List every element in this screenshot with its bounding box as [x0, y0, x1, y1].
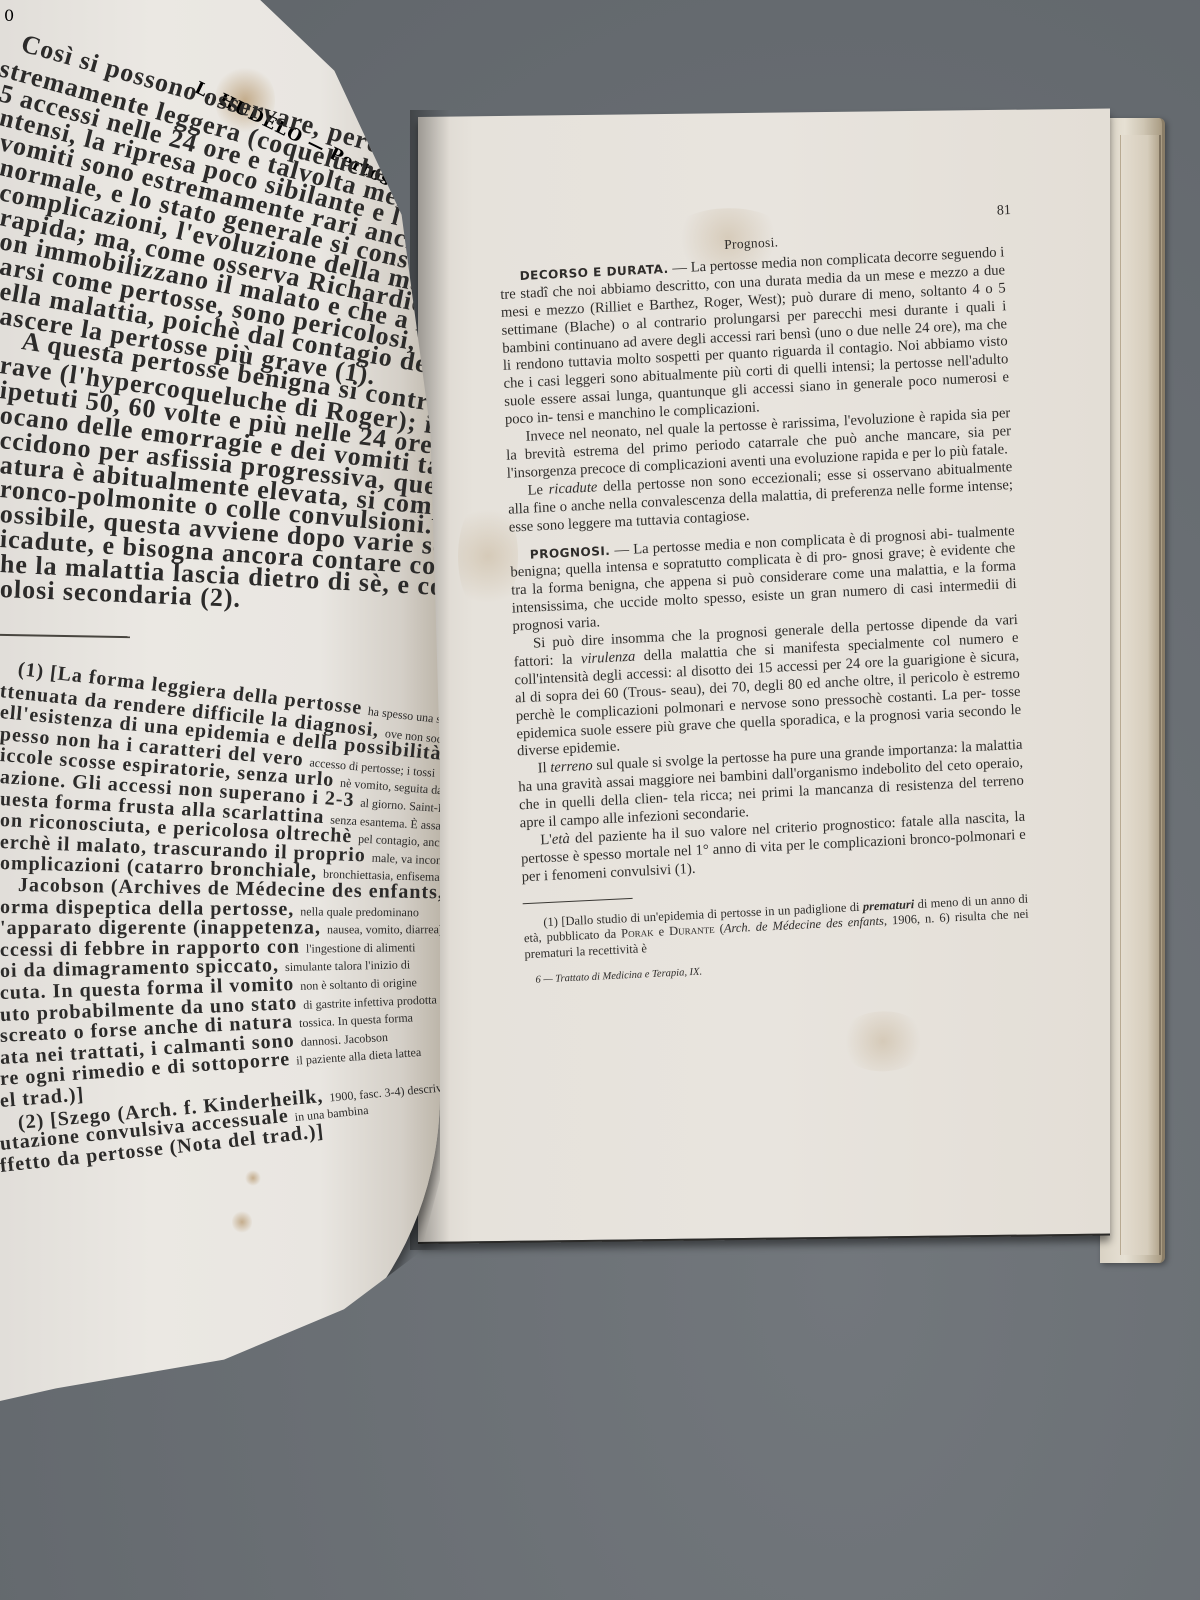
paragraph-virulenza: Si può dire insomma che la prognosi gene…: [513, 612, 1022, 762]
paper-stain: [245, 1170, 261, 1186]
section-heading: PROGNOSI.: [530, 543, 611, 561]
right-page-text: 81 Prognosi. DECORSO E DURATA. — La pert…: [498, 206, 1031, 990]
page-number: 81: [997, 202, 1012, 221]
paper-stain: [232, 1210, 252, 1234]
left-folio: 0: [4, 6, 14, 25]
book-page-edges: [1120, 135, 1161, 1255]
left-page: 0 L. HUDELO — Pertosse. Così si possono …: [0, 0, 440, 1410]
right-page: 81 Prognosi. DECORSO E DURATA. — La pert…: [418, 109, 1110, 1244]
footnote-divider: [0, 634, 130, 638]
paper-stain: [838, 1011, 928, 1072]
paragraph-decorso: DECORSO E DURATA. — La pertosse media no…: [499, 244, 1010, 430]
footnote-divider: [523, 898, 633, 904]
